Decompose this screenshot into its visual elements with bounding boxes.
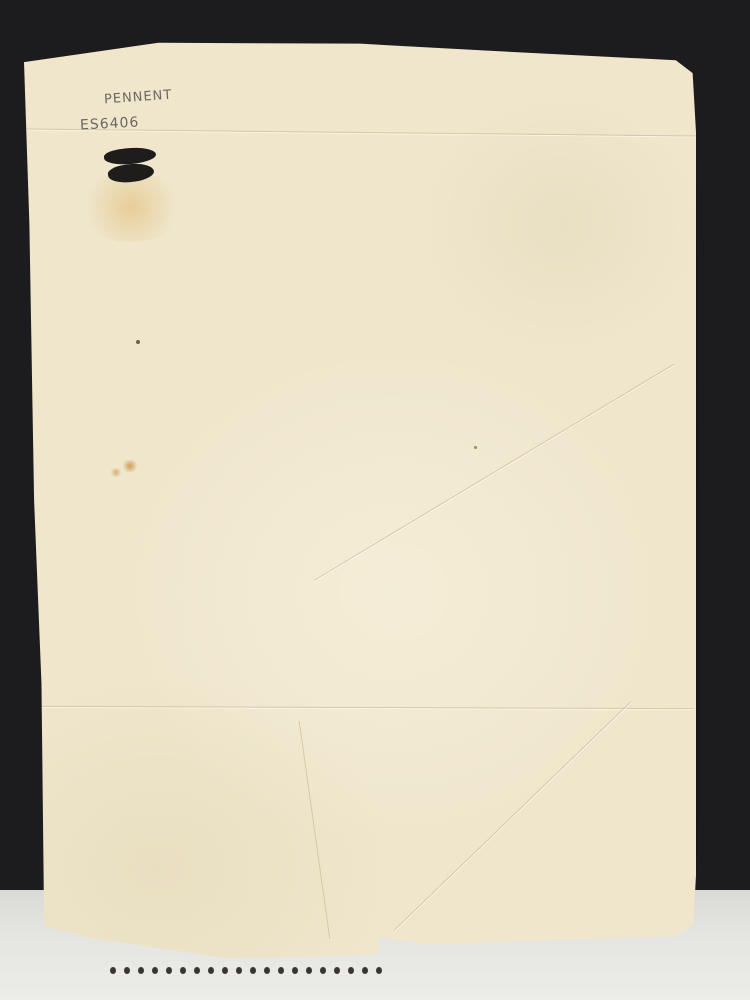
fold-line	[34, 706, 693, 709]
handwritten-code: ES6406	[80, 114, 140, 133]
crease-line	[394, 701, 632, 931]
crease-line	[299, 721, 331, 939]
dirt-speck	[474, 446, 477, 449]
stain-spot	[122, 460, 138, 472]
handwritten-name: PENNENT	[104, 88, 173, 108]
stain-spot	[110, 468, 122, 477]
dirt-speck	[136, 340, 140, 344]
perforated-edge	[110, 955, 670, 985]
paper-sheet: PENNENT ES6406	[24, 40, 696, 960]
tape-stain	[76, 172, 186, 242]
crease-line	[314, 364, 675, 581]
